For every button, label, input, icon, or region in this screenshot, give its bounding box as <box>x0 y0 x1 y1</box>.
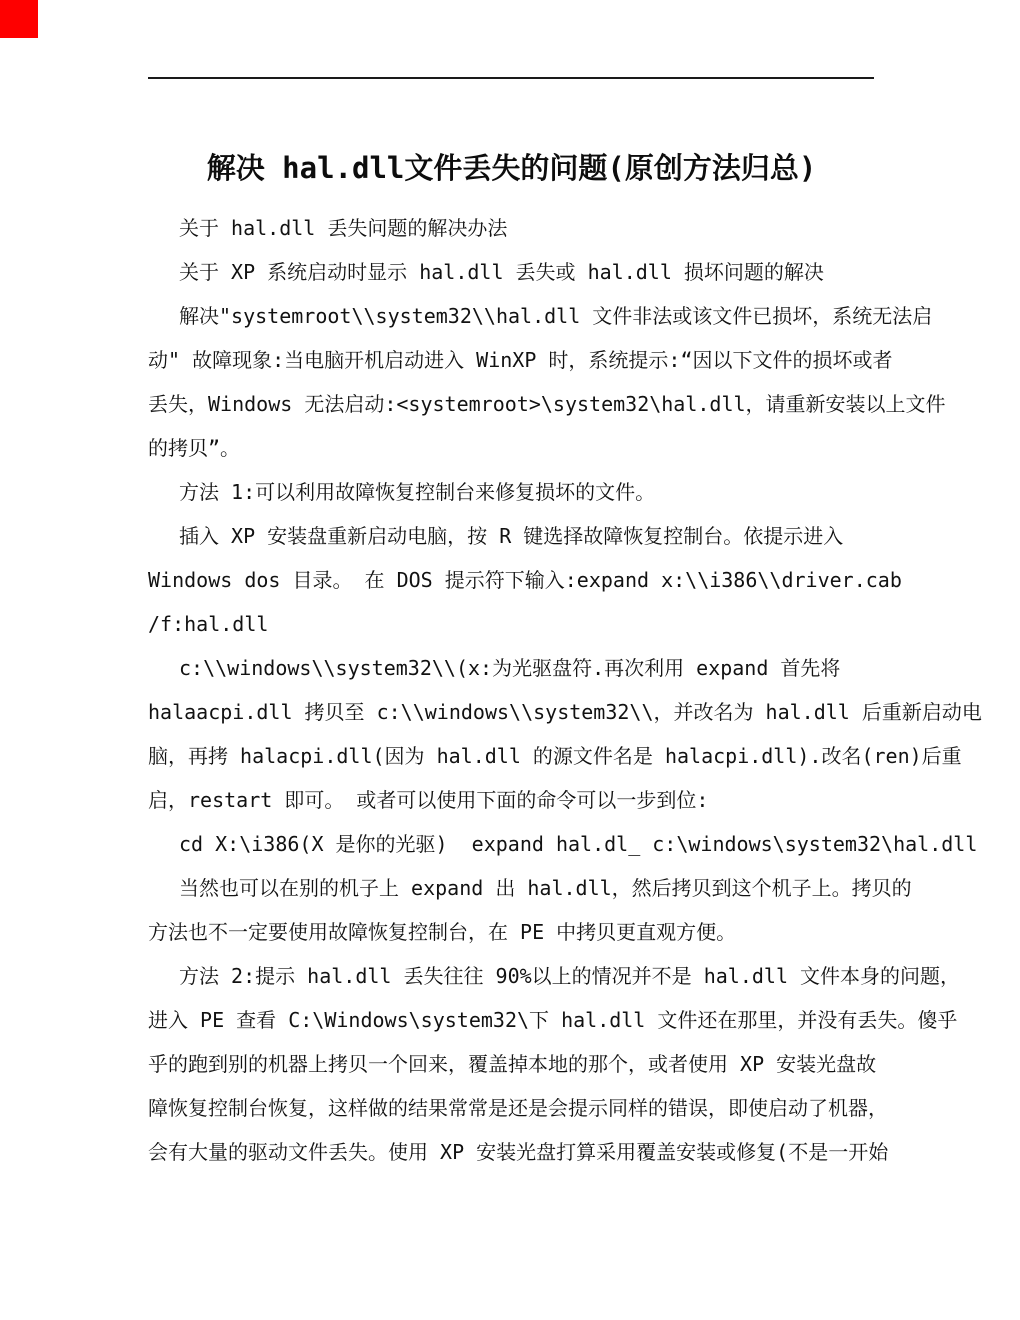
text-line: 的拷贝”。 <box>148 426 898 470</box>
text-line: /f:hal.dll <box>148 602 898 646</box>
text-line: 插入 XP 安装盘重新启动电脑，按 R 键选择故障恢复控制台。依提示进入 <box>148 514 898 558</box>
text-line: 丢失，Windows 无法启动:<systemroot>\system32\ha… <box>148 382 898 426</box>
text-line: 会有大量的驱动文件丢失。使用 XP 安装光盘打算采用覆盖安装或修复(不是一开始 <box>148 1130 898 1174</box>
text-line: halaacpi.dll 拷贝至 c:\\windows\\system32\\… <box>148 690 898 734</box>
text-line: Windows dos 目录。 在 DOS 提示符下输入:expand x:\\… <box>148 558 898 602</box>
text-lines: 关于 hal.dll 丢失问题的解决办法关于 XP 系统启动时显示 hal.dl… <box>148 206 898 1174</box>
text-line: 乎的跑到别的机器上拷贝一个回来，覆盖掉本地的那个，或者使用 XP 安装光盘故 <box>148 1042 898 1086</box>
document-page: 解决 hal.dll文件丢失的问题(原创方法归总) 关于 hal.dll 丢失问… <box>0 0 1020 1320</box>
text-line: 进入 PE 查看 C:\Windows\system32\下 hal.dll 文… <box>148 998 898 1042</box>
text-line: 脑，再拷 halacpi.dll(因为 hal.dll 的源文件名是 halac… <box>148 734 898 778</box>
text-line: 启，restart 即可。 或者可以使用下面的命令可以一步到位: <box>148 778 898 822</box>
text-line: 关于 XP 系统启动时显示 hal.dll 丢失或 hal.dll 损坏问题的解… <box>148 250 898 294</box>
header-rule <box>148 77 874 79</box>
text-line: 动" 故障现象:当电脑开机启动进入 WinXP 时，系统提示:“因以下文件的损坏… <box>148 338 898 382</box>
text-line: cd X:\i386(X 是你的光驱) expand hal.dl_ c:\wi… <box>148 822 898 866</box>
text-line: c:\\windows\\system32\\(x:为光驱盘符.再次利用 exp… <box>148 646 898 690</box>
text-line: 关于 hal.dll 丢失问题的解决办法 <box>148 206 898 250</box>
text-line: 解决"systemroot\\system32\\hal.dll 文件非法或该文… <box>148 294 898 338</box>
text-line: 当然也可以在别的机子上 expand 出 hal.dll，然后拷贝到这个机子上。… <box>148 866 898 910</box>
red-marker <box>0 0 38 38</box>
text-line: 方法也不一定要使用故障恢复控制台，在 PE 中拷贝更直观方便。 <box>148 910 898 954</box>
text-line: 方法 1:可以利用故障恢复控制台来修复损坏的文件。 <box>148 470 898 514</box>
page-title: 解决 hal.dll文件丢失的问题(原创方法归总) <box>148 146 875 190</box>
text-line: 方法 2:提示 hal.dll 丢失往往 90%以上的情况并不是 hal.dll… <box>148 954 898 998</box>
text-line: 障恢复控制台恢复，这样做的结果常常是还是会提示同样的错误，即使启动了机器， <box>148 1086 898 1130</box>
